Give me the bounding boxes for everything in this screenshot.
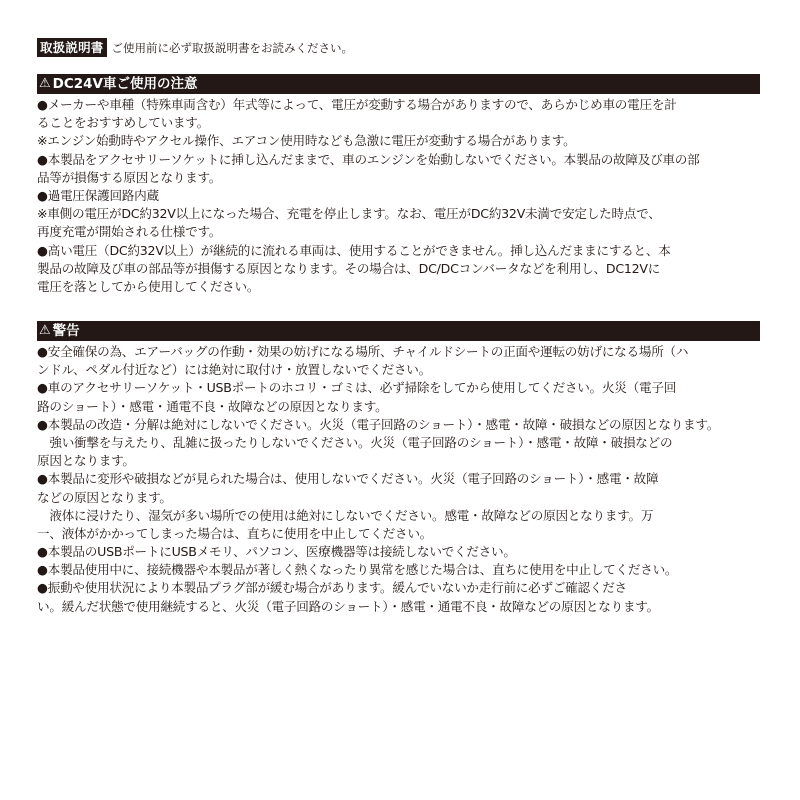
text-line: ●高い電圧（DC約32V以上）が継続的に流れる車両は、使用することができません。… [37,242,765,260]
text-line: ●過電圧保護回路内蔵 [37,187,765,205]
text-line: ●本製品をアクセサリーソケットに挿し込んだままで、車のエンジンを始動しないでくだ… [37,151,765,169]
section-body-warning: ●安全確保の為、エアーバッグの作動・効果の妨げになる場所、チャイルドシートの正面… [37,343,765,616]
text-line: ●安全確保の為、エアーバッグの作動・効果の妨げになる場所、チャイルドシートの正面… [37,343,765,361]
text-line: 電圧を落としてから使用してください。 [37,278,765,296]
text-line: ることをおすすめしています。 [37,114,765,132]
manual-badge: 取扱説明書 [37,38,107,57]
text-line: 品等が損傷する原因となります。 [37,169,765,187]
text-line: 原因となります。 [37,452,765,470]
text-line: ●本製品のUSBポートにUSBメモリ、パソコン、医療機器等は接続しないでください… [37,543,765,561]
section-header-warning: ⚠ 警告 [37,321,760,341]
text-line: などの原因となります。 [37,489,765,507]
section-title: 警告 [53,321,80,341]
text-line: ●車のアクセサリーソケット・USBポートのホコリ・ゴミは、必ず掃除をしてから使用… [37,379,765,397]
text-line: ンドル、ペダル付近など）には絶対に取付け・放置しないでください。 [37,361,765,379]
section-body-dc24v: ●メーカーや車種（特殊車両含む）年式等によって、電圧が変動する場合がありますので… [37,96,765,296]
text-line: 強い衝撃を与えたり、乱雑に扱ったりしないでください。火災（電子回路のショート）・… [37,434,765,452]
section-title: DC24V車ご使用の注意 [53,74,198,94]
text-line: ●本製品の改造・分解は絶対にしないでください。火災（電子回路のショート）・感電・… [37,416,765,434]
text-line: い。緩んだ状態で使用継続すると、火災（電子回路のショート）・感電・通電不良・故障… [37,598,765,616]
text-line: ●本製品使用中に、接続機器や本製品が著しく熱くなったり異常を感じた場合は、直ちに… [37,561,765,579]
text-line: ●メーカーや車種（特殊車両含む）年式等によって、電圧が変動する場合がありますので… [37,96,765,114]
text-line: 一、液体がかかってしまった場合は、直ちに使用を中止してください。 [37,525,765,543]
text-line: ※車側の電圧がDC約32V以上になった場合、充電を停止します。なお、電圧がDC約… [37,205,765,223]
warning-icon: ⚠ [39,321,51,341]
text-line: ※エンジン始動時やアクセル操作、エアコン使用時なども急激に電圧が変動する場合があ… [37,132,765,150]
warning-icon: ⚠ [39,74,51,94]
text-line: 再度充電が開始される仕様です。 [37,223,765,241]
text-line: ●本製品に変形や破損などが見られた場合は、使用しないでください。火災（電子回路の… [37,470,765,488]
text-line: 路のショート）・感電・通電不良・故障などの原因となります。 [37,398,765,416]
text-line: 液体に浸けたり、湿気が多い場所での使用は絶対にしないでください。感電・故障などの… [37,507,765,525]
text-line: 製品の故障及び車の部品等が損傷する原因となります。その場合は、DC/DCコンバー… [37,260,765,278]
manual-notice: 取扱説明書 ご使用前に必ず取扱説明書をお読みください。 [37,38,353,57]
manual-notice-text: ご使用前に必ず取扱説明書をお読みください。 [112,40,354,56]
section-header-dc24v: ⚠ DC24V車ご使用の注意 [37,74,760,94]
text-line: ●振動や使用状況により本製品プラグ部が緩む場合があります。緩んでいないか走行前に… [37,579,765,597]
